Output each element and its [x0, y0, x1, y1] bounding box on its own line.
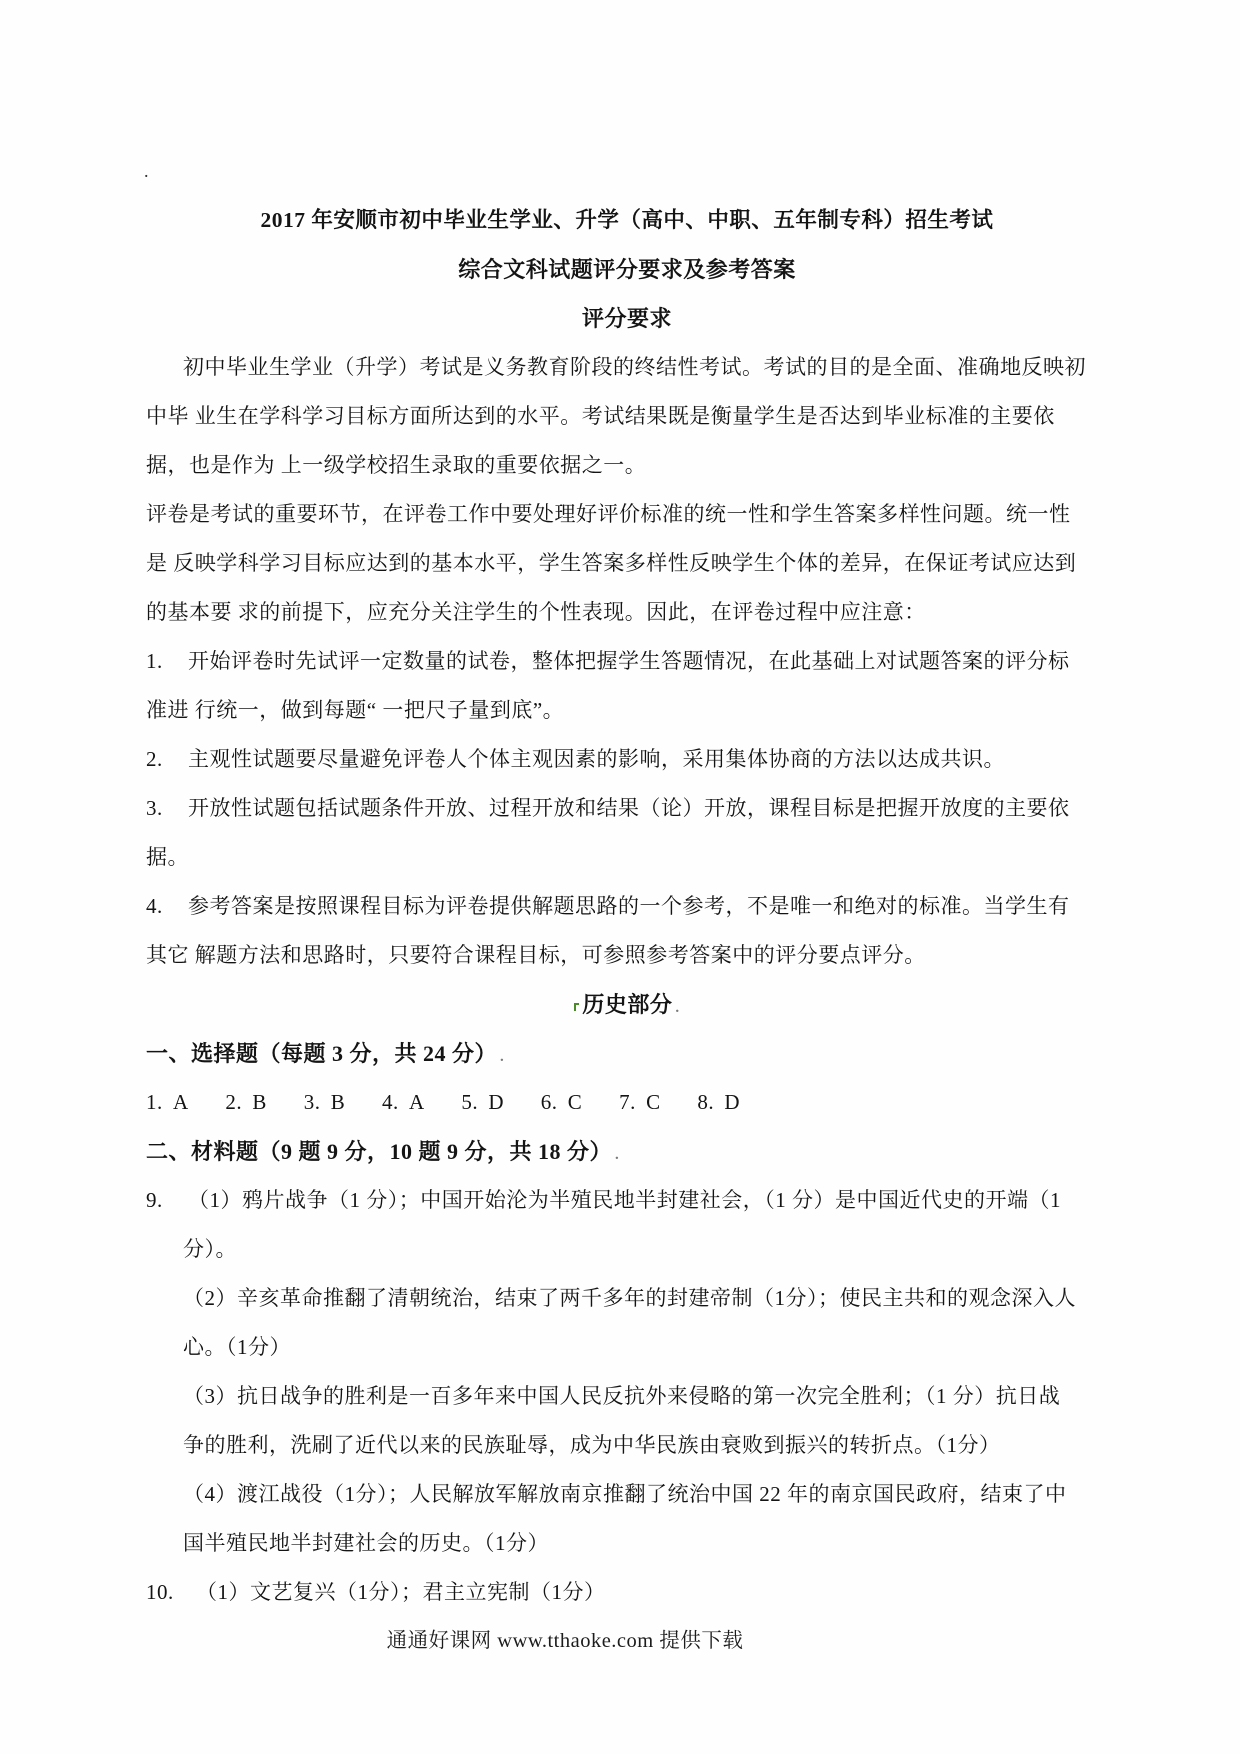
answer-number: 8. [697, 1078, 724, 1127]
answer-number: 3. [304, 1078, 331, 1127]
q9-text: （1）鸦片战争（1 分）；中国开始沦为半殖民地半封建社会，（1 分）是中国近代史… [188, 1188, 1061, 1212]
answer-number: 6. [541, 1078, 568, 1127]
choice-answers-row: 1.A 2.B 3.B 4.A 5.D 6.C 7.C 8.D [146, 1078, 1108, 1127]
q9-number: 9. [146, 1176, 188, 1225]
answer-item: 2.B [225, 1078, 267, 1127]
intro-para2-line: 评卷是考试的重要环节，在评卷工作中要处理好评价标准的统一性和学生答案多样性问题。… [146, 490, 1108, 539]
q10-number: 10. [146, 1568, 196, 1617]
answer-choice: C [646, 1090, 661, 1114]
document-content: 2017 年安顺市初中毕业生学业、升学（高中、中职、五年制专科）招生考试 综合文… [146, 196, 1108, 1666]
note-line: 3.开放性试题包括试题条件开放、过程开放和结果（论）开放，课程目标是把握开放度的… [146, 784, 1108, 833]
note-number: 4. [146, 882, 188, 931]
note-number: 1. [146, 637, 188, 686]
note-line: 4.参考答案是按照课程目标为评卷提供解题思路的一个参考，不是唯一和绝对的标准。当… [146, 882, 1108, 931]
answer-item: 3.B [304, 1078, 346, 1127]
annotation-mark [574, 1003, 579, 1011]
history-section-heading: 历史部分. [146, 980, 1108, 1029]
answer-number: 1. [146, 1078, 173, 1127]
choice-heading-text: 一、选择题（每题 3 分，共 24 分） [146, 1041, 497, 1066]
intro-para2-line: 是 反映学科学习目标应达到的基本水平，学生答案多样性反映学生个体的差异，在保证考… [146, 539, 1108, 588]
material-heading-text: 二、材料题（9 题 9 分，10 题 9 分，共 18 分） [146, 1139, 612, 1164]
doc-subtitle: 综合文科试题评分要求及参考答案 [146, 245, 1108, 294]
answer-choice: A [409, 1090, 425, 1114]
note-text: 开始评卷时先试评一定数量的试卷，整体把握学生答题情况，在此基础上对试题答案的评分… [188, 649, 1070, 673]
note-line: 据。 [146, 833, 1108, 882]
note-line: 2.主观性试题要尽量避免评卷人个体主观因素的影响，采用集体协商的方法以达成共识。 [146, 735, 1108, 784]
answer-number: 2. [225, 1078, 252, 1127]
answer-choice: A [173, 1090, 189, 1114]
note-line: 1.开始评卷时先试评一定数量的试卷，整体把握学生答题情况，在此基础上对试题答案的… [146, 637, 1108, 686]
faint-dot: . [500, 1049, 504, 1065]
note-text: 主观性试题要尽量避免评卷人个体主观因素的影响，采用集体协商的方法以达成共识。 [188, 747, 1005, 771]
q9-line: （3）抗日战争的胜利是一百多年来中国人民反抗外来侵略的第一次完全胜利；（1 分）… [146, 1372, 1108, 1421]
answer-item: 7.C [619, 1078, 661, 1127]
answer-choice: D [488, 1090, 504, 1114]
answer-choice: C [568, 1090, 583, 1114]
q9-line: （4）渡江战役（1分）；人民解放军解放南京推翻了统治中国 22 年的南京国民政府… [146, 1470, 1108, 1519]
stray-dot: . [144, 162, 149, 180]
q9-line: （2）辛亥革命推翻了清朝统治，结束了两千多年的封建帝制（1分）；使民主共和的观念… [146, 1274, 1108, 1323]
q9-line: 心。（1分） [146, 1323, 1108, 1372]
doc-title: 2017 年安顺市初中毕业生学业、升学（高中、中职、五年制专科）招生考试 [146, 196, 1108, 245]
q10-line: 10.（1）文艺复兴（1分）；君主立宪制（1分） [146, 1568, 1108, 1617]
intro-para1-line: 中毕 业生在学科学习目标方面所达到的水平。考试结果既是衡量学生是否达到毕业标准的… [146, 392, 1108, 441]
answer-choice: B [331, 1090, 346, 1114]
intro-para1-line: 初中毕业生学业（升学）考试是义务教育阶段的终结性考试。考试的目的是全面、准确地反… [146, 343, 1108, 392]
note-line: 其它 解题方法和思路时，只要符合课程目标，可参照参考答案中的评分要点评分。 [146, 931, 1108, 980]
choice-section-heading: 一、选择题（每题 3 分，共 24 分）. [146, 1029, 1108, 1078]
scoring-requirements-heading: 评分要求 [146, 294, 1108, 343]
note-number: 2. [146, 735, 188, 784]
answer-number: 4. [382, 1078, 409, 1127]
note-text: 开放性试题包括试题条件开放、过程开放和结果（论）开放，课程目标是把握开放度的主要… [188, 796, 1070, 820]
material-section-heading: 二、材料题（9 题 9 分，10 题 9 分，共 18 分）. [146, 1127, 1108, 1176]
history-heading-text: 历史部分 [582, 992, 672, 1017]
answer-item: 8.D [697, 1078, 740, 1127]
q9-line: 9.（1）鸦片战争（1 分）；中国开始沦为半殖民地半封建社会，（1 分）是中国近… [146, 1176, 1108, 1225]
note-line: 准进 行统一，做到每题“ 一把尺子量到底”。 [146, 686, 1108, 735]
faint-dot: . [675, 1000, 679, 1016]
answer-choice: D [724, 1090, 740, 1114]
answer-number: 7. [619, 1078, 646, 1127]
answer-item: 6.C [541, 1078, 583, 1127]
q9-line: 国半殖民地半封建社会的历史。（1分） [146, 1519, 1108, 1568]
q10-text: （1）文艺复兴（1分）；君主立宪制（1分） [196, 1580, 606, 1604]
intro-para2-line: 的基本要 求的前提下，应充分关注学生的个性表现。因此，在评卷过程中应注意： [146, 588, 1108, 637]
intro-para1-line: 据，也是作为 上一级学校招生录取的重要依据之一。 [146, 441, 1108, 490]
answer-item: 4.A [382, 1078, 425, 1127]
note-number: 3. [146, 784, 188, 833]
document-page: . 2017 年安顺市初中毕业生学业、升学（高中、中职、五年制专科）招生考试 综… [0, 0, 1240, 1754]
q9-line: 分）。 [146, 1225, 1108, 1274]
answer-item: 1.A [146, 1078, 189, 1127]
answer-item: 5.D [461, 1078, 504, 1127]
answer-choice: B [252, 1090, 267, 1114]
q9-line: 争的胜利，洗刷了近代以来的民族耻辱，成为中华民族由衰败到振兴的转折点。（1分） [146, 1421, 1108, 1470]
footer-download-note: 通通好课网 www.tthaoke.com 提供下载 [84, 1617, 1046, 1666]
answer-number: 5. [461, 1078, 488, 1127]
faint-dot: . [615, 1147, 619, 1163]
note-text: 参考答案是按照课程目标为评卷提供解题思路的一个参考，不是唯一和绝对的标准。当学生… [188, 894, 1070, 918]
